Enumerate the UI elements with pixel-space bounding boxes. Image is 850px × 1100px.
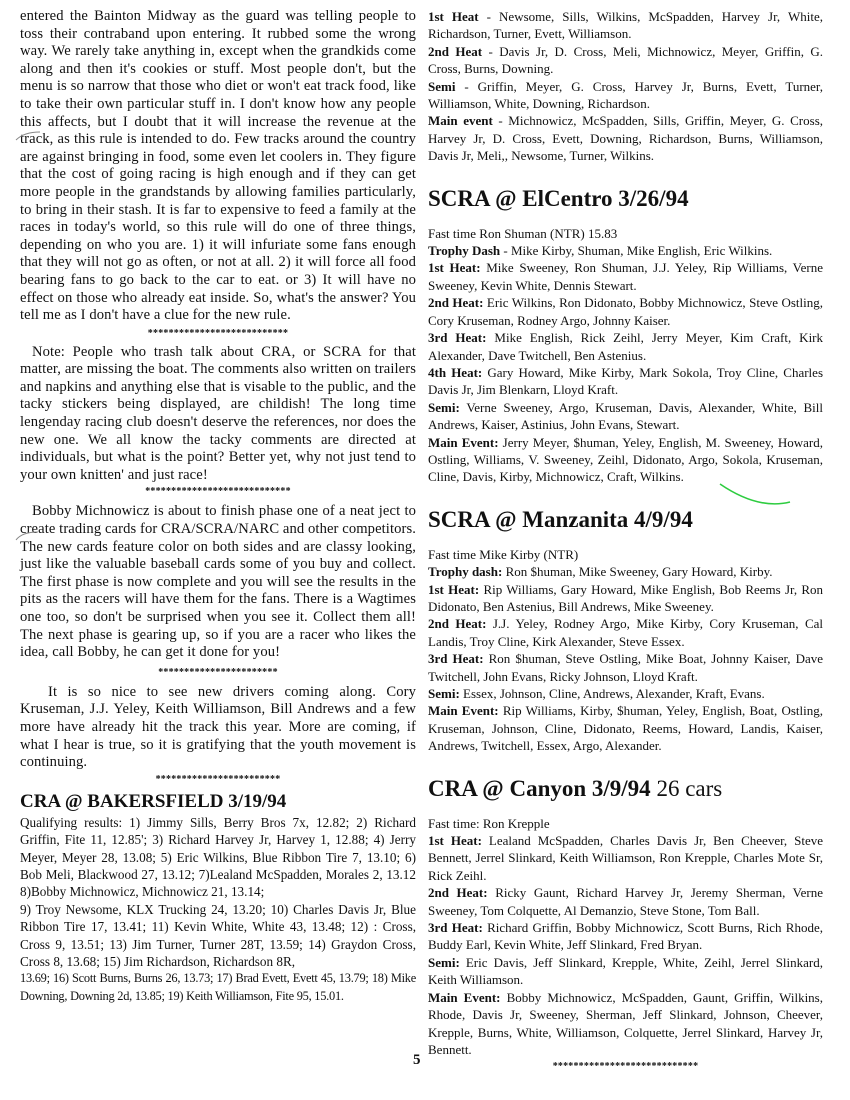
result-row: 1st Heat - Newsome, Sills, Wilkins, McSp… xyxy=(428,8,823,43)
green-pen-mark-icon xyxy=(718,480,798,510)
result-label: Semi: xyxy=(428,400,460,415)
result-row: 4th Heat: Gary Howard, Mike Kirby, Mark … xyxy=(428,364,823,399)
result-text: Rip Williams, Gary Howard, Mike English,… xyxy=(428,582,823,614)
result-row: 3rd Heat: Mike English, Rick Zeihl, Jerr… xyxy=(428,329,823,364)
separator: ************************ xyxy=(20,773,416,787)
section-title-elcentro: SCRA @ ElCentro 3/26/94 xyxy=(428,187,823,211)
result-label: 1st Heat: xyxy=(428,582,479,597)
section-title-bakersfield: CRA @ BAKERSFIELD 3/19/94 xyxy=(20,790,416,814)
bakersfield-qualifying: Qualifying results: 1) Jimmy Sills, Berr… xyxy=(20,814,416,1005)
result-text: Eric Davis, Jeff Slinkard, Krepple, Whit… xyxy=(428,955,823,987)
section-title-canyon: CRA @ Canyon 3/9/94 26 cars xyxy=(428,777,823,801)
result-row: Trophy dash: Ron $human, Mike Sweeney, G… xyxy=(428,563,823,580)
result-text: Mike Kirby, Shuman, Mike English, Eric W… xyxy=(511,243,772,258)
left-column: entered the Bainton Midway as the guard … xyxy=(20,8,416,1005)
result-label: 2nd Heat: xyxy=(428,616,486,631)
result-row: 2nd Heat: J.J. Yeley, Rodney Argo, Mike … xyxy=(428,615,823,650)
result-row: Main Event: Bobby Michnowicz, McSpadden,… xyxy=(428,989,823,1059)
article-food-policy: entered the Bainton Midway as the guard … xyxy=(20,8,416,325)
result-label: 3rd Heat: xyxy=(428,920,483,935)
newsletter-page: entered the Bainton Midway as the guard … xyxy=(0,0,850,1100)
result-row: Main Event: Rip Williams, Kirby, $human,… xyxy=(428,702,823,754)
pencil-stroke-icon xyxy=(14,128,44,144)
article-trading-cards: Bobby Michnowicz is about to finish phas… xyxy=(20,503,416,661)
article-trash-talk-note: Note: People who trash talk about CRA, o… xyxy=(20,344,416,485)
result-label: 2nd Heat xyxy=(428,44,482,59)
result-label: 3rd Heat: xyxy=(428,330,486,345)
result-label: 3rd Heat: xyxy=(428,651,484,666)
result-text: Griffin, Meyer, G. Cross, Harvey Jr, Bur… xyxy=(428,79,823,111)
result-row: 3rd Heat: Richard Griffin, Bobby Michnow… xyxy=(428,919,823,954)
result-text: Mike Sweeney, Ron Shuman, J.J. Yeley, Ri… xyxy=(428,260,823,292)
result-text: Gary Howard, Mike Kirby, Mark Sokola, Tr… xyxy=(428,365,823,397)
result-row: Trophy Dash - Mike Kirby, Shuman, Mike E… xyxy=(428,242,823,259)
pencil-stroke-icon xyxy=(14,528,40,544)
result-row: Main event - Michnowicz, McSpadden, Sill… xyxy=(428,112,823,164)
result-label: 2nd Heat: xyxy=(428,885,488,900)
result-row: Semi: Essex, Johnson, Cline, Andrews, Al… xyxy=(428,685,823,702)
qualifying-results-2: 9) Troy Newsome, KLX Trucking 24, 13.20;… xyxy=(20,901,416,971)
result-label: 1st Heat xyxy=(428,9,479,24)
fast-time: Fast time Mike Kirby (NTR) xyxy=(428,546,823,563)
fast-time: Fast time Ron Shuman (NTR) 15.83 xyxy=(428,225,823,242)
result-label: Semi: xyxy=(428,686,460,701)
fast-time: Fast time: Ron Krepple xyxy=(428,815,823,832)
result-label: 4th Heat: xyxy=(428,365,482,380)
result-label: 2nd Heat: xyxy=(428,295,483,310)
result-row: Semi - Griffin, Meyer, G. Cross, Harvey … xyxy=(428,78,823,113)
result-label: Main Event: xyxy=(428,435,499,450)
result-label: Main Event: xyxy=(428,990,501,1005)
result-row: 3rd Heat: Ron $human, Steve Ostling, Mik… xyxy=(428,650,823,685)
separator: **************************** xyxy=(428,1060,823,1074)
result-label: Main event xyxy=(428,113,493,128)
qualifying-results-3: 13.69; 16) Scott Burns, Burns 26, 13.73;… xyxy=(20,970,416,1005)
result-label: Semi: xyxy=(428,955,460,970)
result-label: 1st Heat: xyxy=(428,833,482,848)
result-label: Trophy Dash xyxy=(428,243,500,258)
bakersfield-results: 1st Heat - Newsome, Sills, Wilkins, McSp… xyxy=(428,8,823,165)
result-text: Essex, Johnson, Cline, Andrews, Alexande… xyxy=(463,686,765,701)
separator: **************************** xyxy=(20,485,416,499)
result-text: Eric Wilkins, Ron Didonato, Bobby Michno… xyxy=(428,295,823,327)
separator: *************************** xyxy=(20,327,416,341)
result-row: 2nd Heat: Ricky Gaunt, Richard Harvey Jr… xyxy=(428,884,823,919)
result-row: 1st Heat: Rip Williams, Gary Howard, Mik… xyxy=(428,581,823,616)
result-row: Main Event: Jerry Meyer, $human, Yeley, … xyxy=(428,434,823,486)
result-text: Ron $human, Mike Sweeney, Gary Howard, K… xyxy=(506,564,773,579)
result-label: Trophy dash: xyxy=(428,564,502,579)
result-row: 1st Heat: Mike Sweeney, Ron Shuman, J.J.… xyxy=(428,259,823,294)
right-column: 1st Heat - Newsome, Sills, Wilkins, McSp… xyxy=(428,8,823,1077)
result-row: Semi: Eric Davis, Jeff Slinkard, Krepple… xyxy=(428,954,823,989)
result-row: 1st Heat: Lealand McSpadden, Charles Dav… xyxy=(428,832,823,884)
section-title-manzanita: SCRA @ Manzanita 4/9/94 xyxy=(428,508,823,532)
elcentro-results: Fast time Ron Shuman (NTR) 15.83 Trophy … xyxy=(428,225,823,486)
result-row: 2nd Heat: Eric Wilkins, Ron Didonato, Bo… xyxy=(428,294,823,329)
result-label: Main Event: xyxy=(428,703,499,718)
result-label: Semi xyxy=(428,79,455,94)
page-number: 5 xyxy=(413,1052,421,1069)
manzanita-results: Fast time Mike Kirby (NTR) Trophy dash: … xyxy=(428,546,823,755)
qualifying-results-1: Qualifying results: 1) Jimmy Sills, Berr… xyxy=(20,814,416,901)
result-label: 1st Heat: xyxy=(428,260,481,275)
canyon-results: Fast time: Ron Krepple 1st Heat: Lealand… xyxy=(428,815,823,1059)
result-text: Verne Sweeney, Argo, Kruseman, Davis, Al… xyxy=(428,400,823,432)
article-youth-movement: It is so nice to see new drivers coming … xyxy=(20,684,416,772)
result-row: Semi: Verne Sweeney, Argo, Kruseman, Dav… xyxy=(428,399,823,434)
result-row: 2nd Heat - Davis Jr, D. Cross, Meli, Mic… xyxy=(428,43,823,78)
separator: *********************** xyxy=(20,666,416,680)
result-text: Richard Griffin, Bobby Michnowicz, Scott… xyxy=(428,920,823,952)
